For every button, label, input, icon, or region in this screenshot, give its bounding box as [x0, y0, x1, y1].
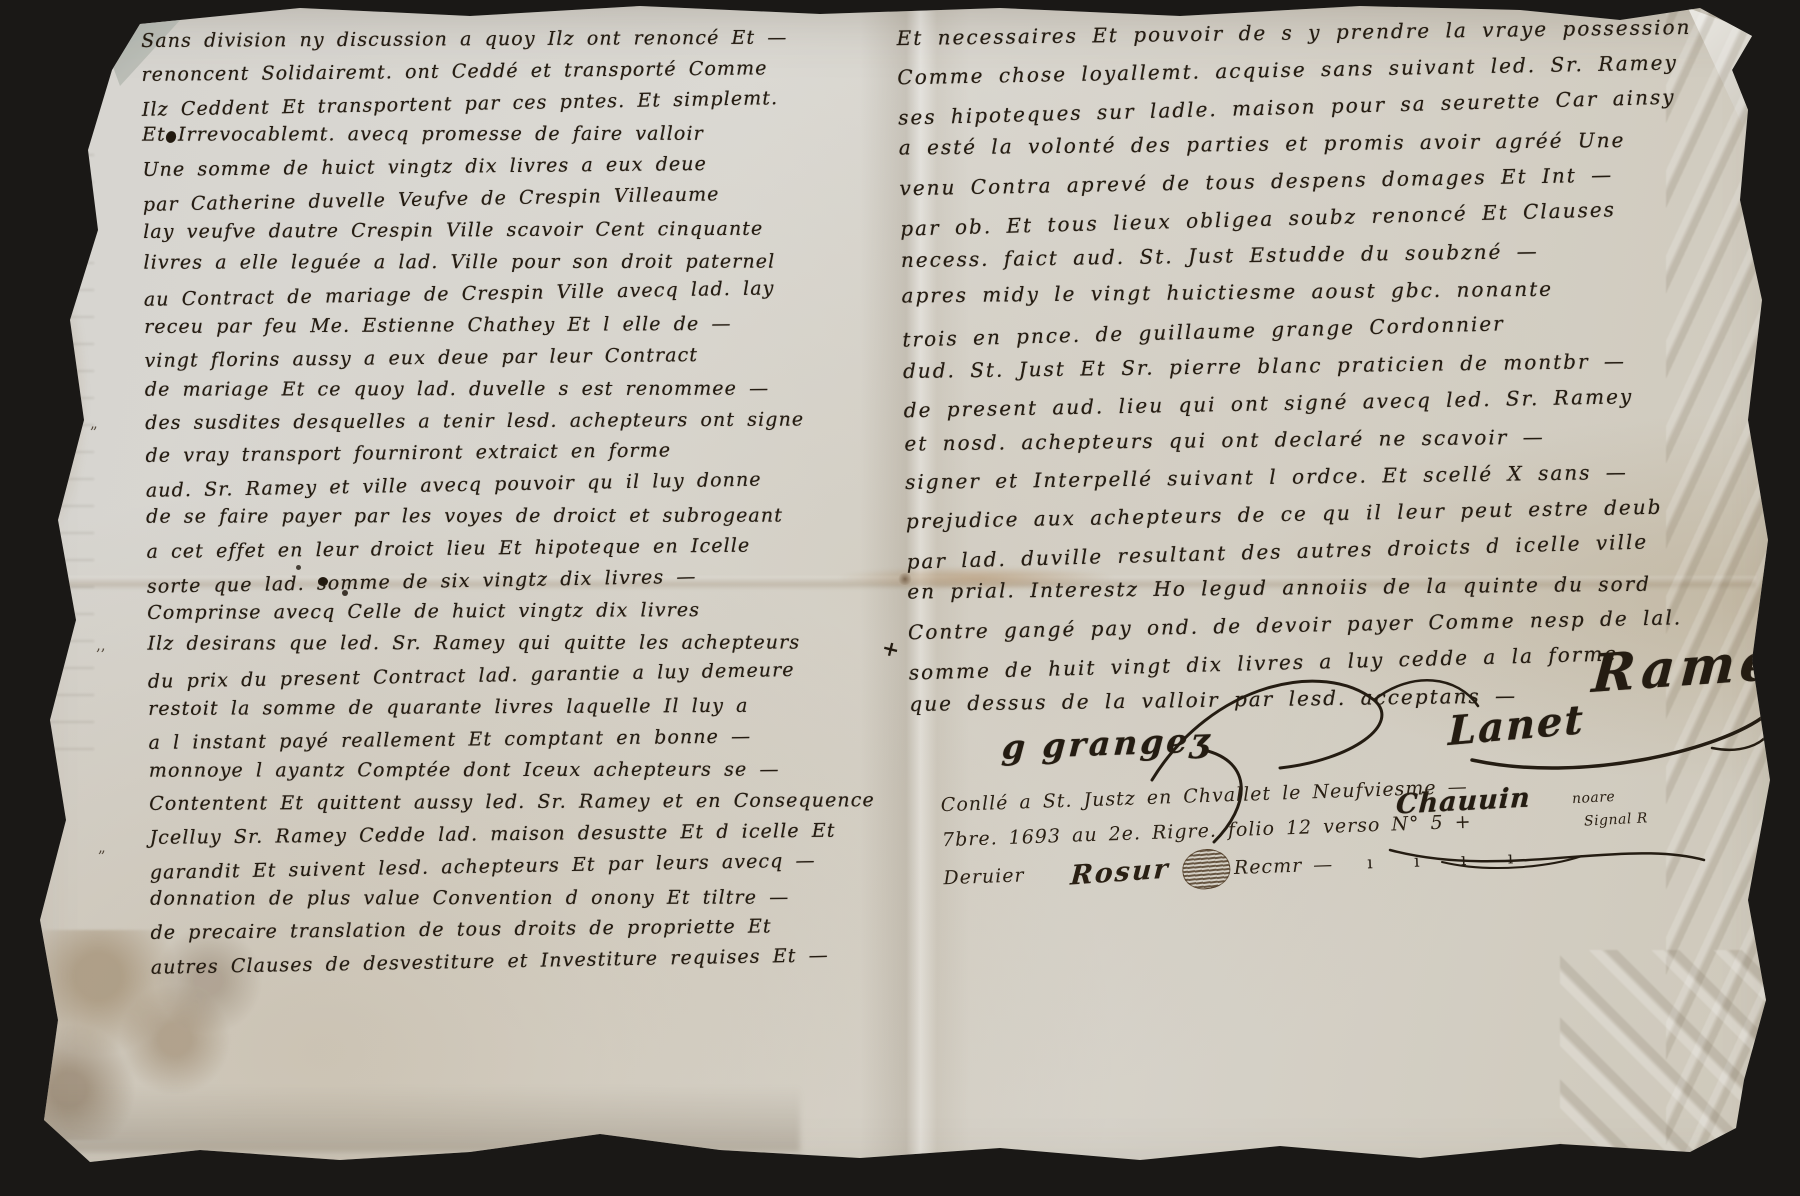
- manuscript-line: de se faire payer par les voyes de droic…: [146, 500, 888, 533]
- margin-mark: „: [90, 414, 98, 432]
- ink-bleedthrough-left-margin: [50, 90, 94, 750]
- manuscript-line: lay veufve dautre Crespin Ville scavoir …: [143, 213, 885, 249]
- crumpled-bottom-right-corner: [1560, 950, 1780, 1170]
- left-edge-stain: [12, 270, 88, 530]
- manuscript-line: a l instant payé reallement Et comptant …: [148, 720, 890, 760]
- manuscript-line: Et Irrevocablemt. avecq promesse de fair…: [142, 119, 884, 152]
- left-page-text: Sans division ny discussion a quoy Ilz o…: [141, 20, 893, 982]
- manuscript-line: receu par feu Me. Estienne Chathey Et l …: [144, 308, 886, 344]
- control-note-word: Recmr —: [1233, 847, 1334, 885]
- photograph-background: Sans division ny discussion a quoy Ilz o…: [0, 0, 1800, 1196]
- chauvin-note-signal: Signal R: [1584, 810, 1649, 829]
- manuscript-line: des susdites desquelles a tenir lesd. ac…: [145, 404, 887, 440]
- control-note: Conllé a St. Justz en Chvallet le Neufvi…: [940, 768, 1530, 898]
- manuscript-line: monnoye l ayantz Comptée dont Iceux ache…: [149, 755, 891, 788]
- manuscript-line: Sans division ny discussion a quoy Ilz o…: [141, 22, 883, 58]
- right-page-text: Et necessaires Et pouvoir de s y prendre…: [896, 6, 1769, 725]
- tally-tick-marks: ı ı ı ı: [1367, 840, 1530, 881]
- bottom-edge-shadow: [40, 1086, 800, 1152]
- manuscript-paper: Sans division ny discussion a quoy Ilz o…: [0, 0, 1800, 1196]
- signature-rosur: Rosur: [1069, 851, 1171, 893]
- margin-mark: ‚‚: [96, 636, 106, 654]
- manuscript-line: Contentent Et quittent aussy led. Sr. Ra…: [149, 785, 891, 821]
- notarial-paraph-hatched: [1179, 846, 1232, 892]
- control-note-word: Deruier: [943, 858, 1025, 896]
- manuscript-line: vingt florins aussy a eux deue par leur …: [144, 338, 886, 378]
- margin-mark: „: [98, 838, 106, 856]
- signature-grange: g grangeʒ: [1001, 720, 1214, 766]
- chauvin-note-notaire: noare: [1572, 789, 1616, 807]
- manuscript-line: Comprinse avecq Celle de huict vingtz di…: [147, 594, 889, 630]
- manuscript-line: restoit la somme de quarante livres laqu…: [148, 690, 890, 726]
- manuscript-line: donnation de plus value Convention d ono…: [150, 882, 892, 915]
- manuscript-line: de mariage Et ce quoy lad. duvelle s est…: [145, 373, 887, 406]
